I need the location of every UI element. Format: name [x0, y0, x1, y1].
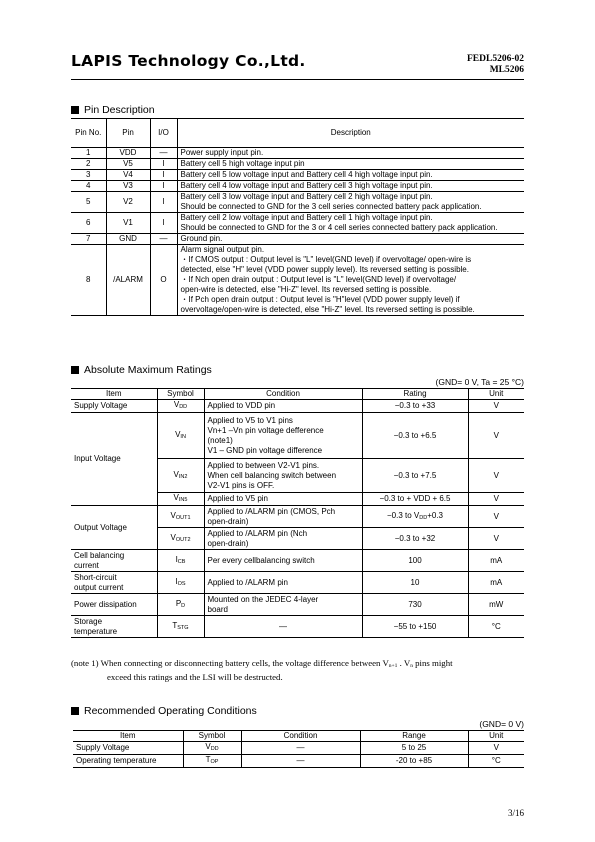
text-line: V1 – GND pin voltage difference	[208, 446, 359, 456]
unit: mA	[468, 572, 524, 594]
section-title: Absolute Maximum Ratings	[84, 364, 212, 376]
column-header: Description	[177, 119, 524, 148]
pin-io: —	[150, 234, 177, 245]
pin-name: VDD	[106, 148, 150, 159]
condition: Applied to /ALARM pin	[204, 572, 362, 594]
recommended-table: ItemSymbolConditionRangeUnitSupply Volta…	[73, 730, 524, 768]
absolute-max-conditions: (GND= 0 V, Ta = 25 °C)	[436, 377, 524, 387]
item-name: Supply Voltage	[71, 400, 157, 413]
item-name: Operating temperature	[73, 755, 183, 768]
footnote: (note 1) When connecting or disconnectin…	[71, 658, 541, 683]
table-row: 5V2IBattery cell 3 low voltage input and…	[71, 192, 524, 213]
pin-name: V3	[106, 181, 150, 192]
condition: —	[204, 616, 362, 638]
footnote-line-2: exceed this ratings and the LSI will be …	[71, 672, 541, 683]
symbol: VIN2	[157, 459, 204, 493]
condition: Applied to /ALARM pin (Nchopen-drain)	[204, 528, 362, 550]
text-line: open-drain)	[208, 539, 359, 549]
pin-description: Battery cell 3 low voltage input and Bat…	[177, 192, 524, 213]
column-header: I/O	[150, 119, 177, 148]
section-title: Pin Description	[84, 104, 155, 116]
pin-io: I	[150, 213, 177, 234]
condition: Applied to V5 pin	[204, 493, 362, 506]
text-line: ・If Nch open drain output : Output level…	[181, 275, 522, 285]
rating: −0.3 to +32	[362, 528, 468, 550]
rating: 100	[362, 550, 468, 572]
pin-number: 7	[71, 234, 106, 245]
symbol: VDD	[183, 742, 241, 755]
table-row: 8/ALARMOAlarm signal output pin.・If CMOS…	[71, 245, 524, 316]
doc-code: FEDL5206-02	[467, 54, 524, 65]
range: 5 to 25	[360, 742, 468, 755]
condition: —	[241, 742, 360, 755]
text-line: current	[74, 561, 154, 571]
column-header: Symbol	[183, 731, 241, 742]
table-row: 7GND—Ground pin.	[71, 234, 524, 245]
square-bullet-icon	[71, 366, 79, 374]
pin-number: 8	[71, 245, 106, 316]
text-line: Cell balancing	[74, 551, 154, 561]
symbol: VOUT2	[157, 528, 204, 550]
text-line: Power dissipation	[74, 600, 154, 610]
pin-io: I	[150, 181, 177, 192]
symbol: TOP	[183, 755, 241, 768]
text-line: detected, else "H" level (VDD power supp…	[181, 265, 522, 275]
text-line: open-drain)	[208, 517, 359, 527]
column-header: Pin No.	[71, 119, 106, 148]
text-line: Battery cell 4 low voltage input and Bat…	[181, 181, 522, 191]
text-line: temperature	[74, 627, 154, 637]
column-header: Unit	[468, 389, 524, 400]
document-id: FEDL5206-02 ML5206	[467, 54, 524, 76]
unit: V	[468, 506, 524, 528]
footnote-line-1: (note 1) When connecting or disconnectin…	[71, 658, 541, 672]
pin-io: I	[150, 192, 177, 213]
text-line: open-wire is detected, else "Hi-Z" level…	[181, 285, 522, 295]
text-line: Mounted on the JEDEC 4-layer	[208, 595, 359, 605]
absolute-max-table: ItemSymbolConditionRatingUnitSupply Volt…	[71, 388, 524, 638]
text-line: When cell balancing switch between	[208, 471, 359, 481]
symbol: TSTG	[157, 616, 204, 638]
table-row: Input VoltageVINApplied to V5 to V1 pins…	[71, 413, 524, 459]
pin-description: Battery cell 5 high voltage input pin	[177, 159, 524, 170]
rating: −0.3 to + VDD + 6.5	[362, 493, 468, 506]
pin-io: —	[150, 148, 177, 159]
text-line: Storage	[74, 617, 154, 627]
pin-description-table: Pin No.PinI/ODescription1VDD—Power suppl…	[71, 118, 524, 316]
text-line: output current	[74, 583, 154, 593]
table-row: Cell balancingcurrentICBPer every cellba…	[71, 550, 524, 572]
pin-io: I	[150, 159, 177, 170]
table-row: Supply VoltageVDDApplied to VDD pin−0.3 …	[71, 400, 524, 413]
unit: °C	[468, 616, 524, 638]
text-line: Applied to between V2-V1 pins.	[208, 461, 359, 471]
text-line: Applied to V5 pin	[208, 494, 359, 504]
pin-name: GND	[106, 234, 150, 245]
pin-description-heading: Pin Description	[71, 104, 155, 116]
column-header: Range	[360, 731, 468, 742]
page-number: 3/16	[508, 808, 524, 818]
text-line: board	[208, 605, 359, 615]
rating: 730	[362, 594, 468, 616]
pin-number: 6	[71, 213, 106, 234]
unit: °C	[468, 755, 524, 768]
item-name: Cell balancingcurrent	[71, 550, 157, 572]
table-row: 1VDD—Power supply input pin.	[71, 148, 524, 159]
condition: Applied to VDD pin	[204, 400, 362, 413]
table-row: Output VoltageVOUT1Applied to /ALARM pin…	[71, 506, 524, 528]
text-line: ・If Pch open drain output : Output level…	[181, 295, 522, 305]
square-bullet-icon	[71, 707, 79, 715]
text-line: Supply Voltage	[74, 401, 154, 411]
text-line: Battery cell 3 low voltage input and Bat…	[181, 192, 522, 202]
column-header: Item	[71, 389, 157, 400]
column-header: Unit	[468, 731, 524, 742]
table-row: Short-circuitoutput currentIOSApplied to…	[71, 572, 524, 594]
item-name: Storagetemperature	[71, 616, 157, 638]
text-line: Should be connected to GND for the 3 or …	[181, 223, 522, 233]
unit: V	[468, 400, 524, 413]
table-row: 2V5IBattery cell 5 high voltage input pi…	[71, 159, 524, 170]
pin-description: Ground pin.	[177, 234, 524, 245]
table-row: Operating temperatureTOP—-20 to +85°C	[73, 755, 524, 768]
text-line: Output Voltage	[74, 523, 154, 533]
column-header: Item	[73, 731, 183, 742]
text-line: Power supply input pin.	[181, 148, 522, 158]
pin-description: Battery cell 2 low voltage input and Bat…	[177, 213, 524, 234]
table-row: 6V1IBattery cell 2 low voltage input and…	[71, 213, 524, 234]
text-line: Applied to /ALARM pin (Nch	[208, 529, 359, 539]
pin-name: /ALARM	[106, 245, 150, 316]
header-row: ItemSymbolConditionRatingUnit	[71, 389, 524, 400]
item-name: Power dissipation	[71, 594, 157, 616]
condition: Per every cellbalancing switch	[204, 550, 362, 572]
symbol: VIN5	[157, 493, 204, 506]
text-line: overvoltage/open-wire is detected, else …	[181, 305, 522, 315]
pin-description: Alarm signal output pin.・If CMOS output …	[177, 245, 524, 316]
pin-number: 3	[71, 170, 106, 181]
table-row: Supply VoltageVDD—5 to 25V	[73, 742, 524, 755]
text-line: Vn+1 –Vn pin voltage defference	[208, 426, 359, 436]
text-line: ・If CMOS output : Output level is "L" le…	[181, 255, 522, 265]
pin-description: Power supply input pin.	[177, 148, 524, 159]
text-line: Applied to V5 to V1 pins	[208, 416, 359, 426]
rating: −55 to +150	[362, 616, 468, 638]
pin-description: Battery cell 4 low voltage input and Bat…	[177, 181, 524, 192]
text-line: Applied to /ALARM pin (CMOS, Pch	[208, 507, 359, 517]
condition: Mounted on the JEDEC 4-layerboard	[204, 594, 362, 616]
pin-number: 4	[71, 181, 106, 192]
rating: −0.3 to +33	[362, 400, 468, 413]
unit: V	[468, 528, 524, 550]
part-number: ML5206	[467, 65, 524, 76]
column-header: Rating	[362, 389, 468, 400]
section-title: Recommended Operating Conditions	[84, 705, 257, 717]
column-header: Pin	[106, 119, 150, 148]
text-line: Applied to VDD pin	[208, 401, 359, 411]
unit: V	[468, 413, 524, 459]
condition: Applied to /ALARM pin (CMOS, Pchopen-dra…	[204, 506, 362, 528]
pin-name: V2	[106, 192, 150, 213]
item-name: Short-circuitoutput current	[71, 572, 157, 594]
pin-name: V1	[106, 213, 150, 234]
text-line: V2-V1 pins is OFF.	[208, 481, 359, 491]
unit: mA	[468, 550, 524, 572]
recommended-heading: Recommended Operating Conditions	[71, 705, 257, 717]
table-row: 4V3IBattery cell 4 low voltage input and…	[71, 181, 524, 192]
header-divider	[71, 79, 524, 80]
absolute-max-heading: Absolute Maximum Ratings	[71, 364, 212, 376]
pin-io: O	[150, 245, 177, 316]
pin-io: I	[150, 170, 177, 181]
symbol: PD	[157, 594, 204, 616]
rating: −0.3 to +7.5	[362, 459, 468, 493]
company-logo: LAPIS Technology Co.,Ltd.	[71, 52, 306, 70]
pin-name: V5	[106, 159, 150, 170]
table-row: StoragetemperatureTSTG—−55 to +150°C	[71, 616, 524, 638]
range: -20 to +85	[360, 755, 468, 768]
unit: V	[468, 459, 524, 493]
pin-number: 5	[71, 192, 106, 213]
unit: mW	[468, 594, 524, 616]
symbol: IOS	[157, 572, 204, 594]
text-line: Alarm signal output pin.	[181, 245, 522, 255]
text-line: Applied to /ALARM pin	[208, 578, 359, 588]
item-name: Supply Voltage	[73, 742, 183, 755]
unit: V	[468, 742, 524, 755]
pin-name: V4	[106, 170, 150, 181]
text-line: Ground pin.	[181, 234, 522, 244]
text-line: Battery cell 2 low voltage input and Bat…	[181, 213, 522, 223]
table-row: 3V4IBattery cell 5 low voltage input and…	[71, 170, 524, 181]
rating: 10	[362, 572, 468, 594]
pin-number: 1	[71, 148, 106, 159]
condition: Applied to between V2-V1 pins.When cell …	[204, 459, 362, 493]
symbol: ICB	[157, 550, 204, 572]
text-line: (note1)	[208, 436, 359, 446]
pin-description: Battery cell 5 low voltage input and Bat…	[177, 170, 524, 181]
text-line: —	[208, 622, 359, 632]
item-name: Output Voltage	[71, 506, 157, 550]
square-bullet-icon	[71, 106, 79, 114]
symbol: VOUT1	[157, 506, 204, 528]
unit: V	[468, 493, 524, 506]
header-row: Pin No.PinI/ODescription	[71, 119, 524, 148]
text-line: Per every cellbalancing switch	[208, 556, 359, 566]
text-line: Should be connected to GND for the 3 cel…	[181, 202, 522, 212]
text-line: Battery cell 5 high voltage input pin	[181, 159, 522, 169]
recommended-conditions: (GND= 0 V)	[479, 719, 524, 729]
column-header: Condition	[241, 731, 360, 742]
pin-number: 2	[71, 159, 106, 170]
header-row: ItemSymbolConditionRangeUnit	[73, 731, 524, 742]
condition: —	[241, 755, 360, 768]
symbol: VIN	[157, 413, 204, 459]
table-row: Power dissipationPDMounted on the JEDEC …	[71, 594, 524, 616]
item-name: Input Voltage	[71, 413, 157, 506]
text-line: Short-circuit	[74, 573, 154, 583]
rating: −0.3 to VDD+0.3	[362, 506, 468, 528]
text-line: Battery cell 5 low voltage input and Bat…	[181, 170, 522, 180]
symbol: VDD	[157, 400, 204, 413]
column-header: Condition	[204, 389, 362, 400]
column-header: Symbol	[157, 389, 204, 400]
text-line: Input Voltage	[74, 454, 154, 464]
condition: Applied to V5 to V1 pinsVn+1 –Vn pin vol…	[204, 413, 362, 459]
rating: −0.3 to +6.5	[362, 413, 468, 459]
